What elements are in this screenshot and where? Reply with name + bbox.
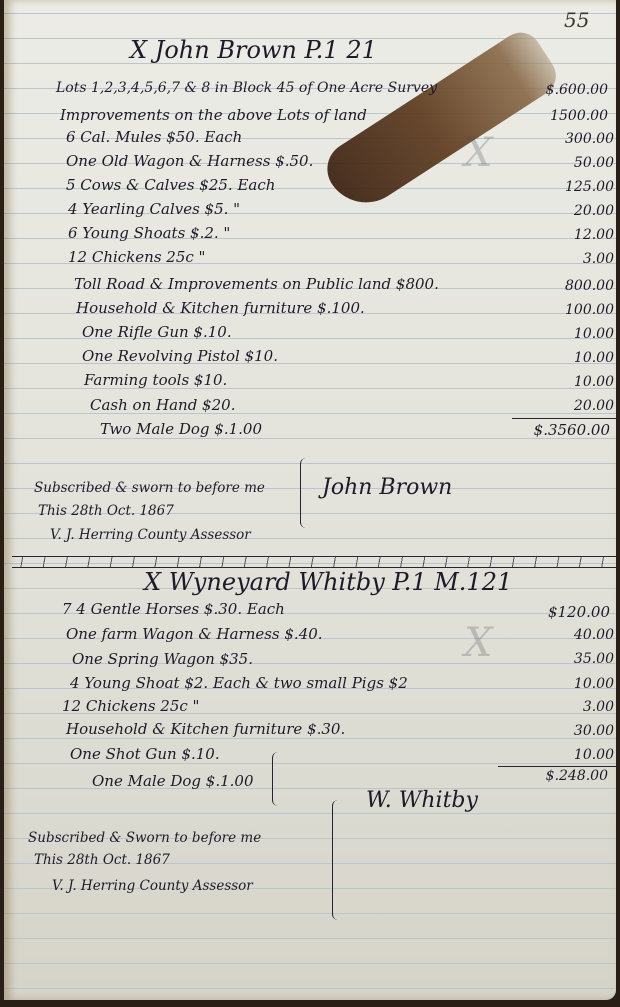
entry-total: $.248.00 (498, 768, 608, 784)
entry-total: $.3560.00 (500, 421, 610, 439)
item-amount: 3.00 (504, 251, 614, 267)
page-number: 55 (564, 8, 589, 32)
item-amount: 20.00 (504, 398, 614, 414)
item-amount: 20.00 (504, 203, 614, 219)
item-desc: Household & Kitchen furniture $.100. (76, 299, 365, 317)
jurat-line: V. J. Herring County Assessor (50, 527, 251, 543)
ledger-page: 55 X X X John Brown P.1 21 Lots 1,2,3,4,… (4, 0, 616, 1000)
bleed-through-mark: X (464, 620, 492, 666)
jurat-line: Subscribed & Sworn to before me (28, 830, 261, 846)
item-desc: One Male Dog $.1.00 (92, 772, 253, 790)
item-desc: Cash on Hand $20. (90, 396, 235, 414)
item-desc: One Old Wagon & Harness $.50. (66, 152, 313, 170)
item-desc: 4 Young Shoat $2. Each & two small Pigs … (70, 674, 408, 692)
brace (272, 752, 279, 806)
item-desc: Toll Road & Improvements on Public land … (74, 275, 439, 293)
item-amount: 10.00 (504, 350, 614, 366)
brace (300, 458, 307, 528)
item-desc: Household & Kitchen furniture $.30. (66, 720, 345, 738)
total-rule (512, 418, 618, 419)
item-desc: One farm Wagon & Harness $.40. (66, 625, 323, 643)
entry-separator (12, 556, 616, 568)
signature: John Brown (322, 475, 452, 500)
entry-title: X John Brown P.1 21 (130, 36, 377, 64)
item-amount: 40.00 (504, 627, 614, 643)
item-desc: One Shot Gun $.10. (70, 745, 220, 763)
item-desc: 4 Yearling Calves $5. " (68, 200, 240, 218)
item-desc: Two Male Dog $.1.00 (100, 420, 262, 438)
item-amount: 300.00 (504, 131, 614, 147)
item-amount: 125.00 (504, 179, 614, 195)
item-amount: $120.00 (500, 603, 610, 621)
item-amount: 50.00 (504, 155, 614, 171)
item-desc: Improvements on the above Lots of land (60, 106, 367, 124)
item-amount: 100.00 (504, 302, 614, 318)
item-desc: 5 Cows & Calves $25. Each (66, 176, 275, 194)
item-amount: 10.00 (504, 374, 614, 390)
item-amount: 30.00 (504, 723, 614, 739)
item-desc: 6 Cal. Mules $50. Each (66, 128, 242, 146)
entry-title: X Wyneyard Whitby P.1 M.121 (144, 568, 512, 596)
item-desc: Farming tools $10. (84, 371, 227, 389)
item-amount: 10.00 (504, 747, 614, 763)
item-desc: One Revolving Pistol $10. (82, 347, 278, 365)
total-rule (498, 766, 618, 767)
item-amount: $.600.00 (498, 82, 608, 98)
item-amount: 800.00 (504, 278, 614, 294)
brace (332, 800, 339, 920)
item-amount: 10.00 (504, 326, 614, 342)
item-amount: 1500.00 (498, 108, 608, 124)
bleed-through-mark: X (464, 130, 492, 176)
jurat-line: Subscribed & sworn to before me (34, 480, 265, 496)
item-amount: 35.00 (504, 651, 614, 667)
jurat-line: V. J. Herring County Assessor (52, 878, 253, 894)
item-amount: 3.00 (504, 699, 614, 715)
item-amount: 10.00 (504, 676, 614, 692)
item-desc: One Spring Wagon $35. (72, 650, 253, 668)
item-desc: 12 Chickens 25c " (68, 248, 205, 266)
item-desc: 7 4 Gentle Horses $.30. Each (62, 600, 285, 618)
item-amount: 12.00 (504, 227, 614, 243)
item-desc: 6 Young Shoats $.2. " (68, 224, 230, 242)
item-desc: One Rifle Gun $.10. (82, 323, 232, 341)
signature: W. Whitby (366, 788, 478, 813)
item-desc: 12 Chickens 25c " (62, 697, 199, 715)
jurat-line: This 28th Oct. 1867 (38, 503, 174, 519)
jurat-line: This 28th Oct. 1867 (34, 852, 170, 868)
item-desc: Lots 1,2,3,4,5,6,7 & 8 in Block 45 of On… (56, 80, 437, 96)
